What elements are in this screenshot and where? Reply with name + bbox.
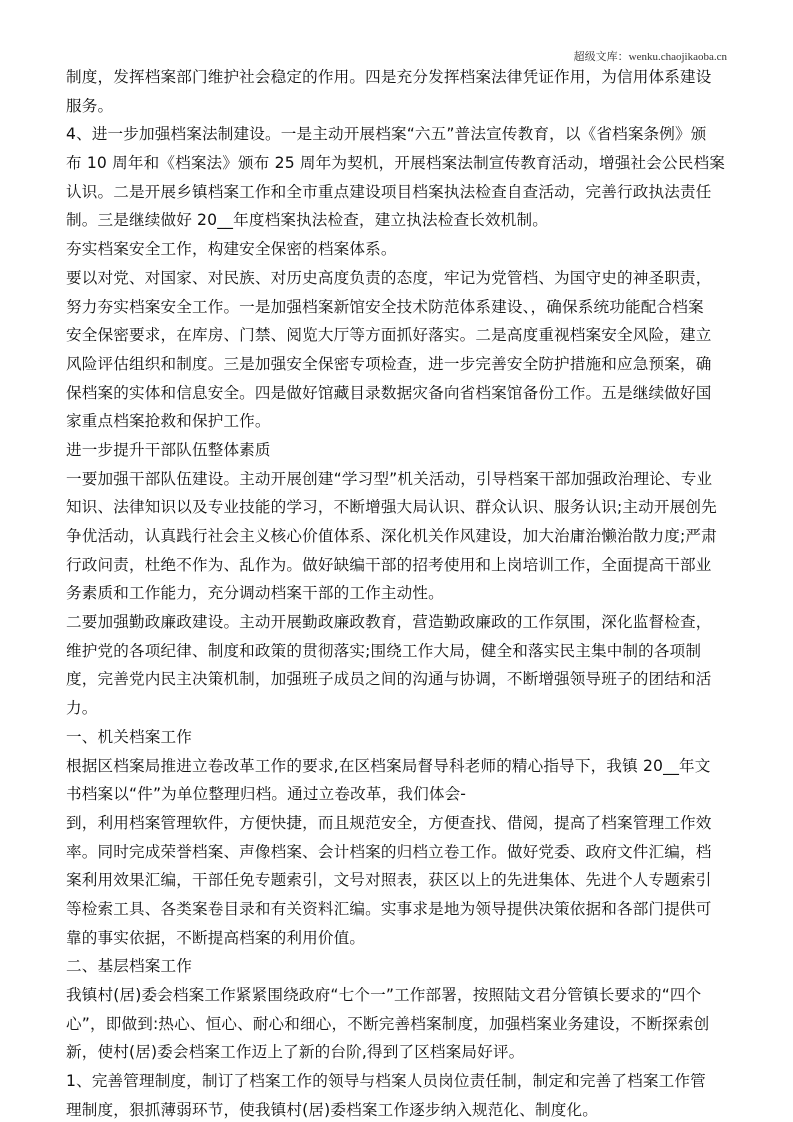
text-line: 务素质和工作能力，充分调动档案干部的工作主动性。 — [66, 579, 728, 608]
text-line: 努力夯实档案安全工作。一是加强档案新馆安全技术防范体系建设、，确保系统功能配合档… — [66, 293, 728, 322]
section-heading: 二、基层档案工作 — [66, 952, 728, 981]
section-heading: 一、机关档案工作 — [66, 723, 728, 752]
text-line: 靠的事实依据，不断提高档案的利用价值。 — [66, 924, 728, 953]
text-line: 服务。 — [66, 92, 728, 121]
document-body: 制度，发挥档案部门维护社会稳定的作用。四是充分发挥档案法律凭证作用，为信用体系建… — [66, 63, 728, 1122]
text-line: 度，完善党内民主决策机制，加强班子成员之间的沟通与协调，不断增强领导班子的团结和… — [66, 665, 728, 694]
text-line: 到，利用档案管理软件，方便快捷，而且规范安全，方便查找、借阅，提高了档案管理工作… — [66, 809, 728, 838]
text-line: 率。同时完成荣誉档案、声像档案、会计档案的归档立卷工作。做好党委、政府文件汇编，… — [66, 838, 728, 867]
text-line: 1、完善管理制度，制订了档案工作的领导与档案人员岗位责任制，制定和完善了档案工作… — [66, 1067, 728, 1096]
text-line: 理制度，狠抓薄弱环节，使我镇村(居)委档案工作逐步纳入规范化、制度化。 — [66, 1096, 728, 1122]
text-line: 维护党的各项纪律、制度和政策的贯彻落实;围绕工作大局，健全和落实民主集中制的各项… — [66, 637, 728, 666]
text-line: 家重点档案抢救和保护工作。 — [66, 407, 728, 436]
text-line: 根据区档案局推进立卷改革工作的要求,在区档案局督导科老师的精心指导下，我镇 20… — [66, 752, 728, 781]
text-line: 二要加强勤政廉政建设。主动开展勤政廉政教育，营造勤政廉政的工作氛围，深化监督检查… — [66, 608, 728, 637]
text-line: 一要加强干部队伍建设。主动开展创建“学习型”机关活动，引导档案干部加强政治理论、… — [66, 465, 728, 494]
section-heading: 夯实档案安全工作，构建安全保密的档案体系。 — [66, 235, 728, 264]
text-line: 知识、法律知识以及专业技能的学习，不断增强大局认识、群众认识、服务认识;主动开展… — [66, 493, 728, 522]
text-line: 力。 — [66, 694, 728, 723]
text-line: 我镇村(居)委会档案工作紧紧围绕政府“七个一”工作部署，按照陆文君分管镇长要求的… — [66, 981, 728, 1010]
text-line: 4、进一步加强档案法制建设。一是主动开展档案“六五”普法宣传教育，以《省档案条例… — [66, 120, 728, 149]
text-line: 书档案以“件”为单位整理归档。通过立卷改革，我们体会- — [66, 780, 728, 809]
text-line: 新，使村(居)委会档案工作迈上了新的台阶,得到了区档案局好评。 — [66, 1038, 728, 1067]
text-line: 争优活动，认真践行社会主义核心价值体系、深化机关作风建设，加大治庸治懒治散力度;… — [66, 522, 728, 551]
text-line: 安全保密要求，在库房、门禁、阅览大厅等方面抓好落实。二是高度重视档案安全风险，建… — [66, 321, 728, 350]
text-line: 保档案的实体和信息安全。四是做好馆藏目录数据灾备向省档案馆备份工作。五是继续做好… — [66, 379, 728, 408]
text-line: 制。三是继续做好 20__年度档案执法检查，建立执法检查长效机制。 — [66, 206, 728, 235]
text-line: 制度，发挥档案部门维护社会稳定的作用。四是充分发挥档案法律凭证作用，为信用体系建… — [66, 63, 728, 92]
section-heading: 进一步提升干部队伍整体素质 — [66, 436, 728, 465]
text-line: 等检索工具、各类案卷目录和有关资料汇编。实事求是地为领导提供决策依据和各部门提供… — [66, 895, 728, 924]
text-line: 案利用效果汇编，干部任免专题索引，文号对照表，获区以上的先进集体、先进个人专题索… — [66, 866, 728, 895]
page-header-watermark: 超级文库：wenku.chaojikaoba.cn — [574, 48, 727, 64]
text-line: 风险评估组织和制度。三是加强安全保密专项检查，进一步完善安全防护措施和应急预案，… — [66, 350, 728, 379]
text-line: 布 10 周年和《档案法》颁布 25 周年为契机，开展档案法制宣传教育活动，增强… — [66, 149, 728, 178]
text-line: 认识。二是开展乡镇档案工作和全市重点建设项目档案执法检查自查活动，完善行政执法责… — [66, 178, 728, 207]
text-line: 要以对党、对国家、对民族、对历史高度负责的态度，牢记为党管档、为国守史的神圣职责… — [66, 264, 728, 293]
text-line: 行政问责，杜绝不作为、乱作为。做好缺编干部的招考使用和上岗培训工作，全面提高干部… — [66, 551, 728, 580]
text-line: 心”，即做到:热心、恒心、耐心和细心，不断完善档案制度，加强档案业务建设，不断探… — [66, 1010, 728, 1039]
